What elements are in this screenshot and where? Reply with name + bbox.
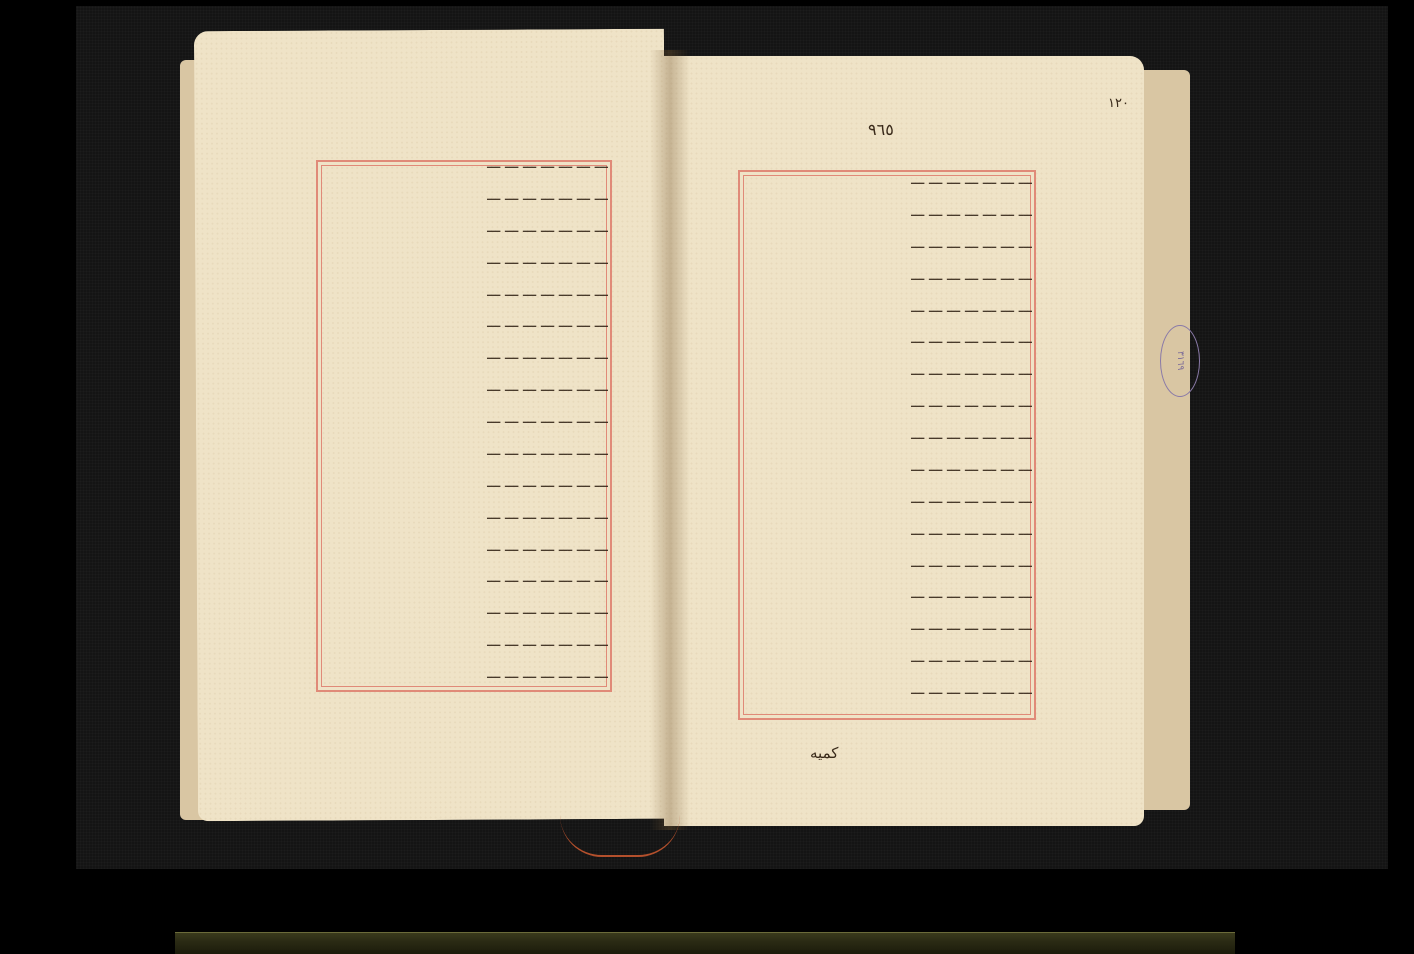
text-line: ـــ ـــ ـــ ـــ ـــ ـــ ـــ	[746, 553, 1032, 573]
text-line: ـــ ـــ ـــ ـــ ـــ ـــ ـــ	[746, 425, 1032, 445]
text-line: ـــ ـــ ـــ ـــ ـــ ـــ ـــ	[322, 600, 608, 620]
text-line: ـــ ـــ ـــ ـــ ـــ ـــ ـــ	[746, 329, 1032, 349]
book-gutter	[650, 50, 690, 830]
text-line: ـــ ـــ ـــ ـــ ـــ ـــ ـــ	[746, 361, 1032, 381]
text-line: ـــ ـــ ـــ ـــ ـــ ـــ ـــ	[746, 648, 1032, 668]
page-number: ٩٦٥	[868, 120, 894, 139]
text-line: ـــ ـــ ـــ ـــ ـــ ـــ ـــ	[746, 457, 1032, 477]
foliation-number: ١٢٠	[1108, 96, 1129, 111]
text-line: ـــ ـــ ـــ ـــ ـــ ـــ ـــ	[322, 568, 608, 588]
text-line: ـــ ـــ ـــ ـــ ـــ ـــ ـــ	[746, 393, 1032, 413]
text-line: ـــ ـــ ـــ ـــ ـــ ـــ ـــ	[322, 664, 608, 684]
text-line: ـــ ـــ ـــ ـــ ـــ ـــ ـــ	[322, 313, 608, 333]
text-line: ـــ ـــ ـــ ـــ ـــ ـــ ـــ	[322, 632, 608, 652]
text-line: ـــ ـــ ـــ ـــ ـــ ـــ ـــ	[746, 202, 1032, 222]
text-line: ـــ ـــ ـــ ـــ ـــ ـــ ـــ	[746, 234, 1032, 254]
text-line: ـــ ـــ ـــ ـــ ـــ ـــ ـــ	[322, 441, 608, 461]
right-text-block: ـــ ـــ ـــ ـــ ـــ ـــ ــــــ ـــ ـــ ـ…	[746, 170, 1032, 700]
text-line: ـــ ـــ ـــ ـــ ـــ ـــ ـــ	[746, 170, 1032, 190]
library-stamp: ٣١٦٩	[1160, 325, 1200, 397]
text-line: ـــ ـــ ـــ ـــ ـــ ـــ ـــ	[322, 409, 608, 429]
text-line: ـــ ـــ ـــ ـــ ـــ ـــ ـــ	[746, 266, 1032, 286]
text-line: ـــ ـــ ـــ ـــ ـــ ـــ ـــ	[746, 521, 1032, 541]
text-line: ـــ ـــ ـــ ـــ ـــ ـــ ـــ	[322, 537, 608, 557]
text-line: ـــ ـــ ـــ ـــ ـــ ـــ ـــ	[322, 186, 608, 206]
text-line: ـــ ـــ ـــ ـــ ـــ ـــ ـــ	[322, 473, 608, 493]
left-text-block: ـــ ـــ ـــ ـــ ـــ ـــ ــــــ ـــ ـــ ـ…	[322, 154, 608, 684]
text-line: ـــ ـــ ـــ ـــ ـــ ـــ ـــ	[746, 584, 1032, 604]
text-line: ـــ ـــ ـــ ـــ ـــ ـــ ـــ	[746, 680, 1032, 700]
film-strip-edge	[175, 932, 1235, 954]
text-line: ـــ ـــ ـــ ـــ ـــ ـــ ـــ	[322, 250, 608, 270]
text-line: ـــ ـــ ـــ ـــ ـــ ـــ ـــ	[746, 489, 1032, 509]
text-line: ـــ ـــ ـــ ـــ ـــ ـــ ـــ	[322, 505, 608, 525]
text-line: ـــ ـــ ـــ ـــ ـــ ـــ ـــ	[322, 154, 608, 174]
text-line: ـــ ـــ ـــ ـــ ـــ ـــ ـــ	[322, 377, 608, 397]
text-line: ـــ ـــ ـــ ـــ ـــ ـــ ـــ	[322, 218, 608, 238]
text-line: ـــ ـــ ـــ ـــ ـــ ـــ ـــ	[746, 616, 1032, 636]
catchword: كميه	[810, 744, 838, 762]
text-line: ـــ ـــ ـــ ـــ ـــ ـــ ـــ	[322, 345, 608, 365]
text-line: ـــ ـــ ـــ ـــ ـــ ـــ ـــ	[746, 298, 1032, 318]
text-line: ـــ ـــ ـــ ـــ ـــ ـــ ـــ	[322, 282, 608, 302]
